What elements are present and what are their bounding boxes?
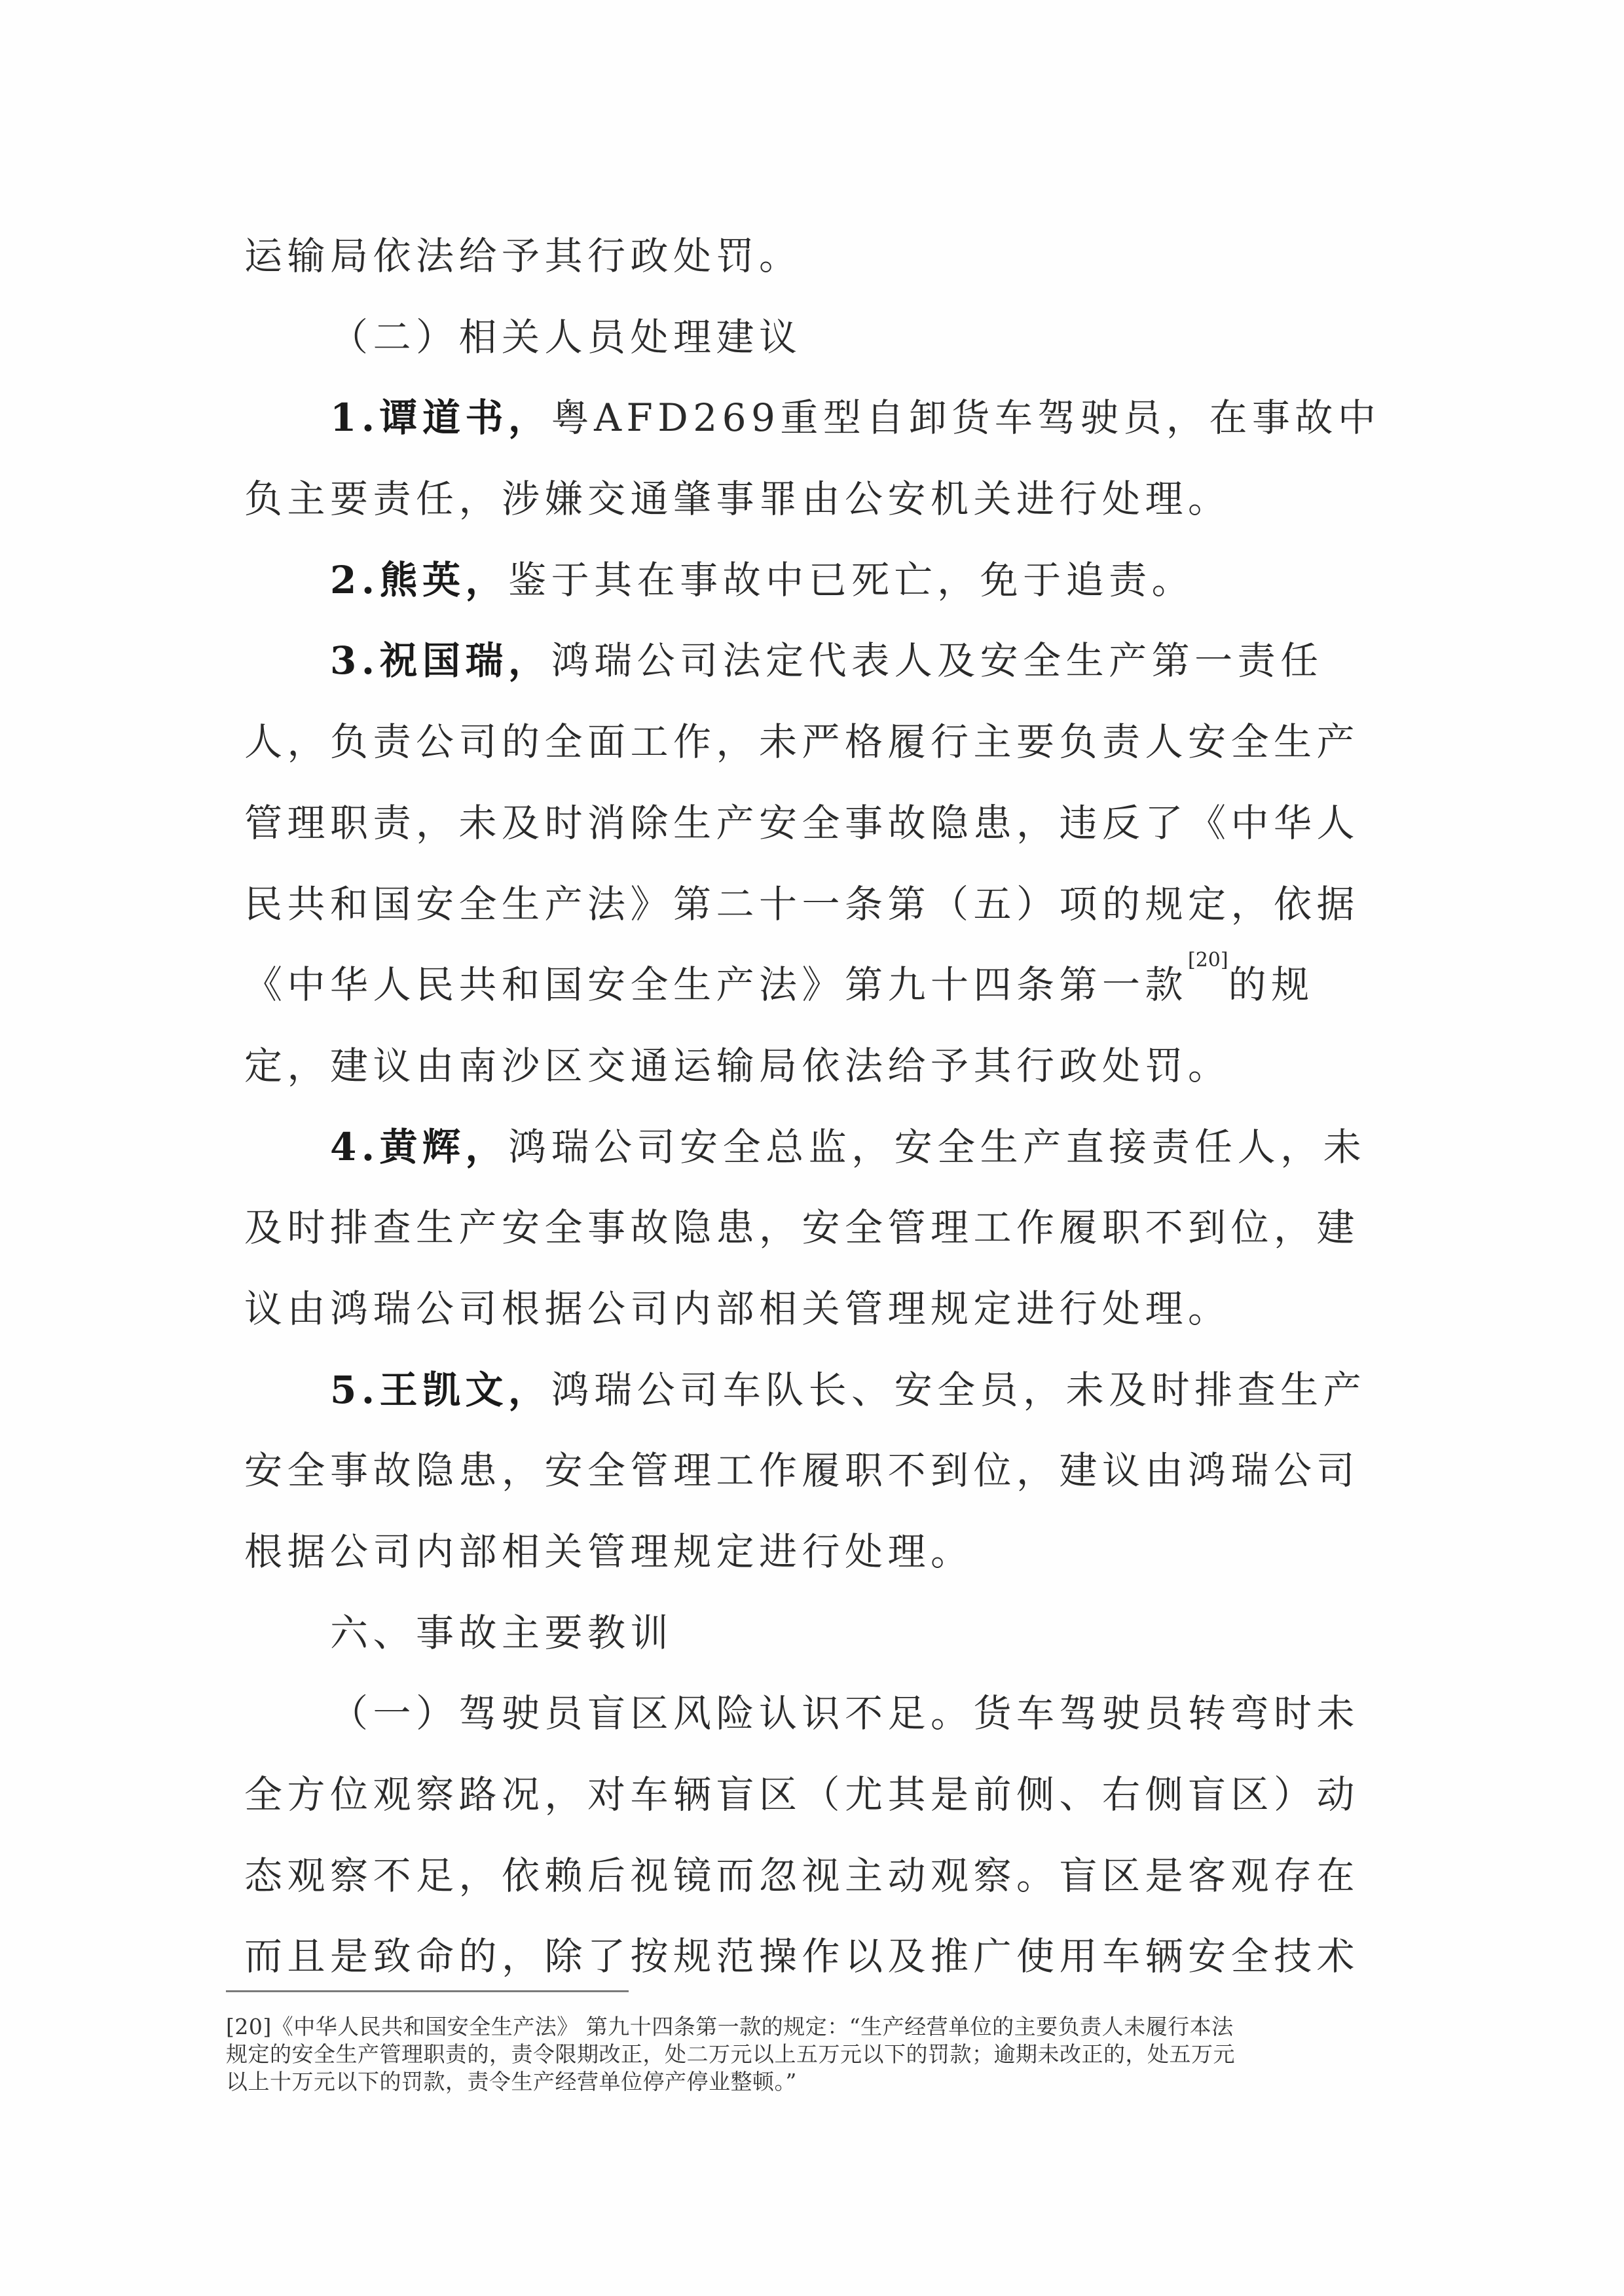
document-page: 运输局依法给予其行政处罚。 （二）相关人员处理建议 1.谭道书，粤AFD269重… — [0, 0, 1624, 2296]
line-text: 人，负责公司的全面工作，未严格履行主要负责人安全生产 — [244, 720, 1359, 764]
paragraph-line: 全方位观察路况，对车辆盲区（尤其是前侧、右侧盲区）动 — [244, 1755, 1364, 1836]
person-item-4: 4.黄辉，鸿瑞公司安全总监，安全生产直接责任人，未 — [244, 1107, 1364, 1188]
line-text: 鸿瑞公司法定代表人及安全生产第一责任 — [551, 638, 1323, 683]
line-text: 安全事故隐患，安全管理工作履职不到位，建议由鸿瑞公司 — [244, 1448, 1359, 1493]
line-text: 议由鸿瑞公司根据公司内部相关管理规定进行处理。 — [244, 1286, 1231, 1331]
person-name: 4.黄辉， — [330, 1125, 508, 1169]
line-text: 根据公司内部相关管理规定进行处理。 — [244, 1529, 974, 1574]
paragraph-line: 定，建议由南沙区交通运输局依法给予其行政处罚。 — [244, 1026, 1364, 1107]
person-item-2: 2.熊英，鉴于其在事故中已死亡，免于追责。 — [244, 540, 1364, 621]
line-text: （二）相关人员处理建议 — [330, 315, 802, 359]
line-text: 定，建议由南沙区交通运输局依法给予其行政处罚。 — [244, 1044, 1231, 1088]
chapter-heading: 六、事故主要教训 — [244, 1593, 1364, 1674]
person-item-5: 5.王凯文，鸿瑞公司车队长、安全员，未及时排查生产 — [244, 1350, 1364, 1431]
paragraph-line: 而且是致命的，除了按规范操作以及推广使用车辆安全技术 — [244, 1916, 1364, 1997]
line-text: 的规 — [1228, 962, 1314, 1007]
line-text: 鸿瑞公司安全总监，安全生产直接责任人，未 — [508, 1125, 1366, 1169]
footnote-reference[interactable]: [20] — [1188, 949, 1228, 972]
paragraph-line: 管理职责，未及时消除生产安全事故隐患，违反了《中华人 — [244, 783, 1364, 864]
heading-text: 六、事故主要教训 — [330, 1611, 673, 1655]
line-text: 鉴于其在事故中已死亡，免于追责。 — [508, 558, 1194, 602]
paragraph-line: 根据公司内部相关管理规定进行处理。 — [244, 1512, 1364, 1593]
person-name: 5.王凯文， — [330, 1368, 551, 1412]
section-heading: （二）相关人员处理建议 — [244, 297, 1364, 378]
paragraph-line: 负主要责任，涉嫌交通肇事罪由公安机关进行处理。 — [244, 459, 1364, 540]
paragraph-line: 《中华人民共和国安全生产法》第九十四条第一款[20]的规 — [244, 945, 1364, 1026]
person-item-3: 3.祝国瑞，鸿瑞公司法定代表人及安全生产第一责任 — [244, 621, 1364, 702]
person-name: 2.熊英， — [330, 558, 508, 602]
line-text: 粤AFD269重型自卸货车驾驶员，在事故中 — [551, 395, 1381, 440]
footnote: [20]《中华人民共和国安全生产法》 第九十四条第一款的规定：“生产经营单位的主… — [226, 2013, 1378, 2096]
footnote-divider — [226, 1990, 629, 1992]
footnote-line: 以上十万元以下的罚款，责令生产经营单位停产停业整顿。” — [226, 2068, 1378, 2096]
paragraph-line: 运输局依法给予其行政处罚。 — [244, 216, 1364, 297]
line-text: 态观察不足，依赖后视镜而忽视主动观察。盲区是客观存在 — [244, 1853, 1359, 1898]
paragraph-line: 安全事故隐患，安全管理工作履职不到位，建议由鸿瑞公司 — [244, 1430, 1364, 1512]
person-name: 3.祝国瑞， — [330, 638, 551, 683]
paragraph-line: 态观察不足，依赖后视镜而忽视主动观察。盲区是客观存在 — [244, 1836, 1364, 1917]
paragraph-line: 及时排查生产安全事故隐患，安全管理工作履职不到位，建 — [244, 1188, 1364, 1269]
body-text: 运输局依法给予其行政处罚。 （二）相关人员处理建议 1.谭道书，粤AFD269重… — [244, 216, 1364, 1997]
paragraph-line: 人，负责公司的全面工作，未严格履行主要负责人安全生产 — [244, 702, 1364, 783]
footnote-line: [20]《中华人民共和国安全生产法》 第九十四条第一款的规定：“生产经营单位的主… — [226, 2013, 1378, 2041]
paragraph-line: 民共和国安全生产法》第二十一条第（五）项的规定，依据 — [244, 864, 1364, 945]
line-text: 而且是致命的，除了按规范操作以及推广使用车辆安全技术 — [244, 1934, 1359, 1978]
subsection-heading-line: （一）驾驶员盲区风险认识不足。货车驾驶员转弯时未 — [244, 1673, 1364, 1755]
paragraph-line: 议由鸿瑞公司根据公司内部相关管理规定进行处理。 — [244, 1269, 1364, 1350]
line-text: 运输局依法给予其行政处罚。 — [244, 234, 802, 278]
person-name: 1.谭道书， — [330, 395, 551, 440]
line-text: 民共和国安全生产法》第二十一条第（五）项的规定，依据 — [244, 882, 1359, 926]
line-text: 负主要责任，涉嫌交通肇事罪由公安机关进行处理。 — [244, 477, 1231, 521]
line-text: （一）驾驶员盲区风险认识不足。货车驾驶员转弯时未 — [330, 1691, 1359, 1736]
line-text: 《中华人民共和国安全生产法》第九十四条第一款 — [244, 962, 1188, 1007]
line-text: 鸿瑞公司车队长、安全员，未及时排查生产 — [551, 1368, 1367, 1412]
person-item-1: 1.谭道书，粤AFD269重型自卸货车驾驶员，在事故中 — [244, 378, 1364, 459]
line-text: 及时排查生产安全事故隐患，安全管理工作履职不到位，建 — [244, 1205, 1359, 1250]
line-text: 管理职责，未及时消除生产安全事故隐患，违反了《中华人 — [244, 801, 1359, 845]
line-text: 全方位观察路况，对车辆盲区（尤其是前侧、右侧盲区）动 — [244, 1772, 1359, 1817]
footnote-line: 规定的安全生产管理职责的，责令限期改正，处二万元以上五万元以下的罚款；逾期未改正… — [226, 2041, 1378, 2068]
